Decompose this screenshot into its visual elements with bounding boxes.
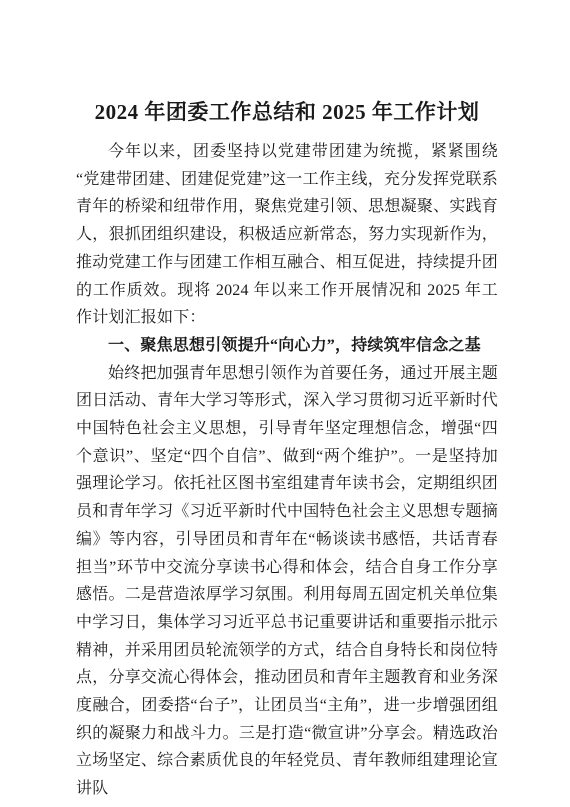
paragraph-section-1: 始终把加强青年思想引领作为首要任务，通过开展主题团日活动、青年大学习等形式，深入… <box>76 360 498 803</box>
document-title: 2024 年团委工作总结和 2025 年工作计划 <box>76 96 498 128</box>
paragraph-intro: 今年以来，团委坚持以党建带团建为统揽，紧紧围绕“党建带团建、团建促党建”这一工作… <box>76 138 498 332</box>
document-viewport: { "page": { "background_color": "#ffffff… <box>0 0 570 807</box>
document-page: 2024 年团委工作总结和 2025 年工作计划 今年以来，团委坚持以党建带团建… <box>0 0 570 807</box>
section-heading: 一、聚焦思想引领提升“向心力”，持续筑牢信念之基 <box>76 332 498 360</box>
document-body: 今年以来，团委坚持以党建带团建为统揽，紧紧围绕“党建带团建、团建促党建”这一工作… <box>76 138 498 803</box>
